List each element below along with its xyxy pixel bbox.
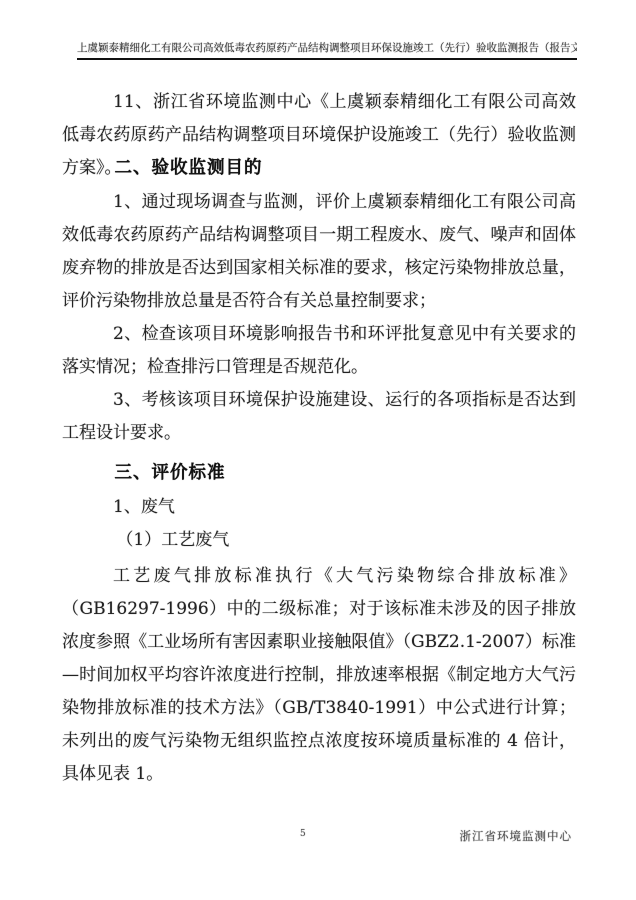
paragraph-purpose-2: 2、检查该项目环境影响报告书和环评批复意见中有关要求的落实情况；检查排污口管理是… <box>62 318 576 384</box>
page-number: 5 <box>300 829 306 839</box>
paragraph-purpose-3: 3、考核该项目环境保护设施建设、运行的各项指标是否达到工程设计要求。 <box>62 384 576 450</box>
section-heading-evaluation-standards: 三、评价标准 <box>115 461 226 485</box>
sub-item-waste-gas: 1、废气 <box>113 495 175 519</box>
running-title: 上虞颖泰精细化工有限公司高效低毒农药原药产品结构调整项目环保设施竣工（先行）验收… <box>77 40 577 55</box>
section-heading-monitoring-purpose: 二、验收监测目的 <box>115 156 263 180</box>
sub-item-process-waste-gas: （1）工艺废气 <box>116 528 229 552</box>
footer-organization: 浙江省环境监测中心 <box>460 828 573 844</box>
document-page: 上虞颖泰精细化工有限公司高效低毒农药原药产品结构调整项目环保设施竣工（先行）验收… <box>0 0 636 900</box>
paragraph-process-gas-standards: 工艺废气排放标准执行《大气污染物综合排放标准》（GB16297-1996）中的二… <box>62 560 576 791</box>
paragraph-purpose-1: 1、通过现场调查与监测，评价上虞颖泰精细化工有限公司高效低毒农药原药产品结构调整… <box>62 186 576 318</box>
page-header: 上虞颖泰精细化工有限公司高效低毒农药原药产品结构调整项目环保设施竣工（先行）验收… <box>77 40 577 60</box>
